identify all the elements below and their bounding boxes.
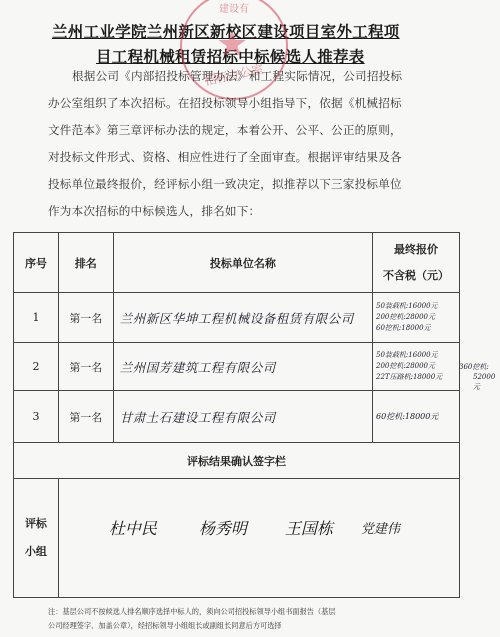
table-row: 1 第一名 兰州新区华坤工程机械设备租赁有限公司 50装载机:16000元 20… (14, 293, 460, 343)
overflow-line: 360挖机: (459, 362, 500, 372)
table-header-row: 序号 排名 投标单位名称 最终报价 不含税（元） (14, 233, 460, 293)
footnote-line2: 公司经理签字、加盖公章），经招标领导小组组长或副组长同意后方可选择 (48, 619, 428, 633)
intro-paragraph: 根据公司《内部招投标管理办法》和工程实际情况，公司招投标 办公室组织了本次招标。… (48, 63, 424, 225)
price-line: 50装载机:16000元 (376, 350, 459, 361)
confirm-section-row: 评标结果确认签字栏 (14, 443, 460, 479)
price-line: 60挖机:18000元 (376, 323, 459, 334)
paragraph-line: 投标单位最终报价，经评标小组一致决定，拟推荐以下三家投标单位 (48, 171, 424, 198)
overflow-line: 52000元 (459, 372, 500, 392)
cell-price: 50装载机:16000元 200挖机:28000元 60挖机:18000元 (373, 293, 460, 343)
signature-row: 评标 小组 杜中民 杨秀明 王国栋 党建伟 (14, 479, 460, 598)
paragraph-line: 对投标文件形式、资格、相应性进行了全面审查。根据评审结果及各 (48, 144, 424, 171)
paragraph-line: 办公室组织了本次招标。在招投标领导小组指导下，依据《机械招标 (48, 90, 424, 117)
confirm-section-title: 评标结果确认签字栏 (14, 443, 460, 479)
evaluation-group-label: 评标 小组 (14, 479, 59, 598)
paragraph-line: 文件范本》第三章评标办法的规定，本着公开、公平、公正的原则， (48, 117, 424, 144)
cell-price: 50装载机:16000元 200挖机:28000元 22T压路机:18000元 (373, 343, 460, 391)
cell-price: 60挖机:18000元 (373, 391, 460, 443)
signature-area: 杜中民 杨秀明 王国栋 党建伟 (58, 479, 459, 598)
document-page: 兰州工业学院兰州新区新校区建设项目室外工程项 目工程机械租赁招标中标候选人推荐表… (0, 0, 500, 637)
group-label-line2: 小组 (14, 538, 58, 566)
cell-seq: 3 (14, 391, 59, 443)
header-price: 最终报价 不含税（元） (373, 233, 460, 293)
price-line: 22T压路机:18000元 (376, 372, 459, 383)
signature: 党建伟 (361, 518, 400, 537)
signature: 杨秀明 (199, 516, 247, 539)
cell-seq: 1 (14, 293, 59, 343)
stamp-top-text: 建设有 (182, 0, 286, 15)
footnote: 注：基层公司不按候选人排名顺序选择中标人的，须向公司招投标领导小组书面报告（基层… (48, 605, 428, 633)
candidate-table: 序号 排名 投标单位名称 最终报价 不含税（元） 1 第一名 兰州新区华坤工程机… (13, 232, 460, 598)
table-row: 3 第一名 甘肃土石建设工程有限公司 60挖机:18000元 (14, 391, 460, 443)
header-company: 投标单位名称 (113, 233, 372, 293)
header-price-line1: 最终报价 (373, 237, 459, 263)
header-price-line2: 不含税（元） (373, 263, 459, 289)
cell-seq: 2 (14, 343, 59, 391)
group-label-line1: 评标 (14, 510, 58, 538)
cell-rank: 第一名 (58, 343, 113, 391)
cell-company: 兰州国芳建筑工程有限公司 (113, 343, 372, 391)
paragraph-line: 根据公司《内部招投标管理办法》和工程实际情况，公司招投标 (48, 63, 424, 90)
table-row: 2 第一名 兰州国芳建筑工程有限公司 50装载机:16000元 200挖机:28… (14, 343, 460, 391)
header-seq: 序号 (14, 233, 59, 293)
paragraph-line: 作为本次招标的中标候选人，排名如下： (48, 198, 424, 225)
cell-rank: 第一名 (58, 293, 113, 343)
cell-company: 甘肃土石建设工程有限公司 (113, 391, 372, 443)
price-line: 50装载机:16000元 (376, 301, 459, 312)
price-line: 200挖机:28000元 (376, 312, 459, 323)
price-line: 200挖机:28000元 (376, 361, 459, 372)
signature: 王国栋 (285, 516, 333, 539)
footnote-line1: 注：基层公司不按候选人排名顺序选择中标人的，须向公司招投标领导小组书面报告（基层 (48, 605, 428, 619)
document-title-line1: 兰州工业学院兰州新区新校区建设项目室外工程项 (52, 20, 414, 42)
cell-company: 兰州新区华坤工程机械设备租赁有限公司 (113, 293, 372, 343)
signature: 杜中民 (109, 516, 157, 539)
cell-rank: 第一名 (58, 391, 113, 443)
price-line: 60挖机:18000元 (376, 411, 459, 422)
header-rank: 排名 (58, 233, 113, 293)
price-overflow-note: 360挖机: 52000元 (459, 362, 500, 392)
